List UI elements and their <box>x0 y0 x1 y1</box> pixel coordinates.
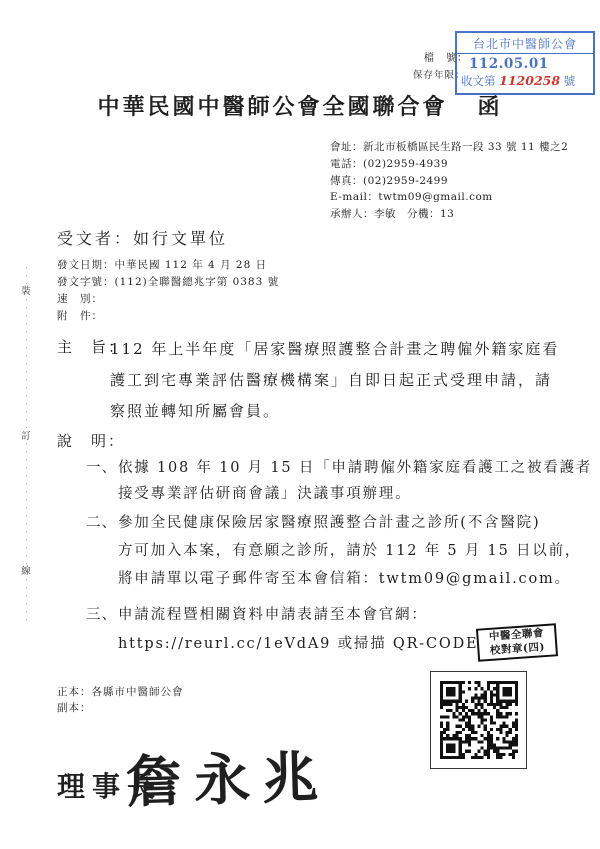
doc-type: 函 <box>478 94 503 120</box>
carbon-copy-row: 副本： <box>57 700 184 716</box>
recipient-value: 如行文單位 <box>133 229 228 248</box>
attachment-row: 附 件： <box>57 308 279 325</box>
org-name: 中華民國中醫師公會全國聯合會 <box>97 94 447 120</box>
explanation-line: 依據 108 年 10 月 15 日「申請聘僱外籍家庭看護工之被看護者 <box>118 455 558 481</box>
doc-number-label: 發文字號： <box>57 276 115 288</box>
explanation-item-2-text: 參加全民健康保險居家醫療照護整合計畫之診所(不含醫院) 方可加入本案，有意願之診… <box>118 509 558 593</box>
doc-number-value: (112)全聯醫總兆字第 0383 號 <box>115 276 280 288</box>
explanation-line: 參加全民健康保險居家醫療照護整合計畫之診所(不含醫院) <box>118 509 558 537</box>
explanation-line: 申請流程暨相關資料申請表請至本會官網： <box>118 601 558 630</box>
qr-code <box>430 671 527 769</box>
subject-line: 112 年上半年度「居家醫療照護整合計畫之聘僱外籍家庭看 <box>110 334 555 365</box>
subject-text: 112 年上半年度「居家醫療照護整合計畫之聘僱外籍家庭看 護工到宅專業評估醫療機… <box>110 334 555 427</box>
receipt-prefix: 收文第 <box>461 74 496 88</box>
explanation-item-1-number: 一、 <box>86 455 117 481</box>
qr-code-pattern <box>440 681 518 759</box>
issue-date-label: 發文日期： <box>57 259 115 271</box>
priority-row: 速 別： <box>57 291 279 308</box>
subject-line: 護工到宅專業評估醫療機構案」自即日起正式受理申請，請 <box>110 365 555 396</box>
proofreading-stamp: 中醫全聯會 校對章(四) <box>476 623 558 662</box>
receipt-suffix: 號 <box>564 74 576 88</box>
subject-line: 察照並轉知所屬會員。 <box>110 396 555 427</box>
received-stamp-receipt: 收文第 1120258 號 <box>457 72 593 89</box>
explanation-item-1-text: 依據 108 年 10 月 15 日「申請聘僱外籍家庭看護工之被看護者 接受專業… <box>118 455 558 507</box>
explanation-line: 將申請單以電子郵件寄至本會信箱：twtm09@gmail.com。 <box>118 565 558 593</box>
official-letter-page: 裝 訂 線 檔 號： 保存年限： 台北市中醫師公會 112.05.01 收文第 … <box>0 0 600 849</box>
priority-label: 速 別： <box>57 293 103 305</box>
contact-address: 會址：新北市板橋區民生路一段 33 號 11 樓之2 <box>330 139 568 156</box>
recipient-label: 受文者： <box>57 229 133 248</box>
letter-title: 中華民國中醫師公會全國聯合會函 <box>0 90 600 121</box>
contact-email: E-mail：twtm09@gmail.com <box>330 189 568 206</box>
copy-label: 副本： <box>57 702 92 714</box>
recipient-line: 受文者：如行文單位 <box>57 226 228 249</box>
receipt-number: 1120258 <box>499 73 560 88</box>
issue-date-row: 發文日期：中華民國 112 年 4 月 28 日 <box>57 257 279 274</box>
original-copy-row: 正本：各縣市中醫師公會 <box>57 684 184 700</box>
explanation-item-2-number: 二、 <box>86 509 117 537</box>
binding-mark-ding: 訂 <box>19 428 33 442</box>
received-stamp-date: 112.05.01 <box>457 54 593 72</box>
meta-block: 發文日期：中華民國 112 年 4 月 28 日 發文字號：(112)全聯醫總兆… <box>57 257 279 325</box>
distribution-block: 正本：各縣市中醫師公會 副本： <box>57 684 184 716</box>
binding-mark-xian: 線 <box>19 563 33 577</box>
received-stamp-org: 台北市中醫師公會 <box>457 33 593 54</box>
original-value: 各縣市中醫師公會 <box>92 686 184 698</box>
explanation-line: 接受專業評估研商會議」決議事項辦理。 <box>118 481 558 507</box>
chairman-signature: 詹永兆 <box>125 733 331 818</box>
contact-block: 會址：新北市板橋區民生路一段 33 號 11 樓之2 電話：(02)2959-4… <box>330 139 568 223</box>
received-stamp: 台北市中醫師公會 112.05.01 收文第 1120258 號 <box>455 31 595 95</box>
binding-mark-zhuang: 裝 <box>19 283 33 297</box>
contact-phone: 電話：(02)2959-4939 <box>330 156 568 173</box>
explanation-label: 說 明： <box>57 430 125 451</box>
attachment-label: 附 件： <box>57 310 103 322</box>
explanation-line: 方可加入本案，有意願之診所，請於 112 年 5 月 15 日以前， <box>118 537 558 565</box>
original-label: 正本： <box>57 686 92 698</box>
doc-number-row: 發文字號：(112)全聯醫總兆字第 0383 號 <box>57 274 279 291</box>
explanation-item-3-number: 三、 <box>86 601 117 630</box>
issue-date-value: 中華民國 112 年 4 月 28 日 <box>115 259 268 271</box>
contact-handler: 承辦人：李敏 分機：13 <box>330 206 568 223</box>
contact-fax: 傳真：(02)2959-2499 <box>330 173 568 190</box>
